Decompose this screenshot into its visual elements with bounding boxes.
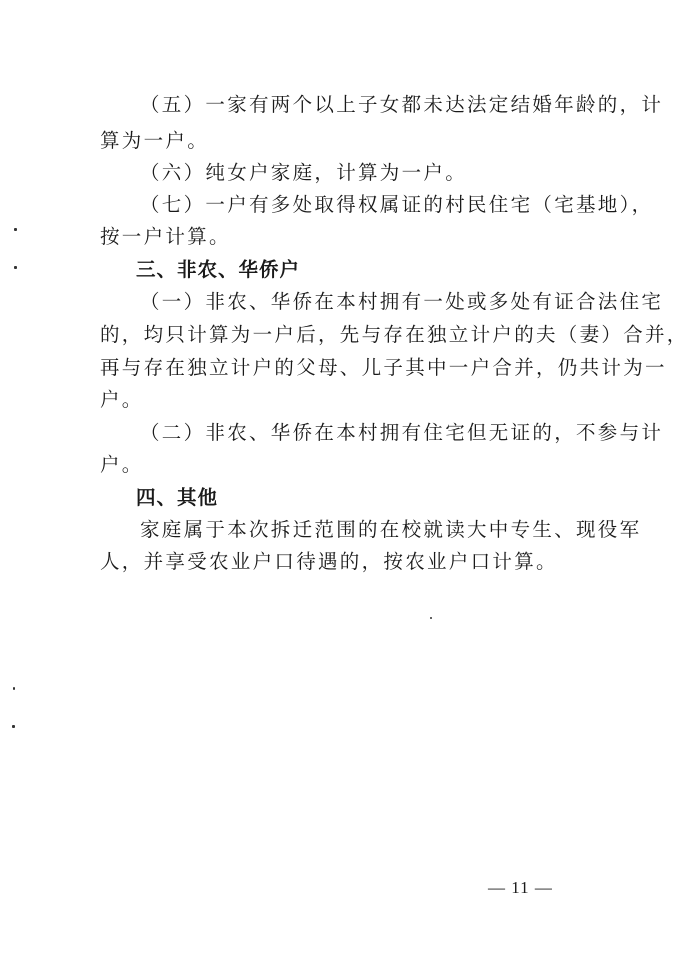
section-heading-4: 四、其他 [136, 486, 616, 510]
paragraph-line: （五）一家有两个以上子女都未达法定结婚年龄的，计 [140, 93, 620, 117]
paragraph-line: 按一户计算。 [100, 225, 580, 249]
paragraph-line: 家庭属于本次拆迁范围的在校就读大中专生、现役军 [140, 518, 620, 542]
scan-speck [14, 228, 17, 231]
page-number: — 11 — [488, 878, 553, 898]
paragraph-line: （七）一户有多处取得权属证的村民住宅（宅基地）， [140, 193, 620, 217]
paragraph-line: （六）纯女户家庭，计算为一户。 [140, 161, 620, 185]
scan-speck [13, 687, 15, 690]
scan-speck [430, 617, 432, 619]
paragraph-line: 算为一户。 [100, 129, 580, 153]
scan-speck [12, 725, 15, 728]
paragraph-line: 再与存在独立计户的父母、儿子其中一户合并，仍共计为一 [100, 356, 580, 380]
paragraph-line: 的，均只计算为一户后，先与存在独立计户的夫（妻）合并， [100, 323, 580, 347]
paragraph-line: 人，并享受农业户口待遇的，按农业户口计算。 [100, 550, 580, 574]
document-page: （五）一家有两个以上子女都未达法定结婚年龄的，计 算为一户。 （六）纯女户家庭，… [0, 0, 680, 962]
paragraph-line: 户。 [100, 388, 580, 412]
paragraph-line: （二）非农、华侨在本村拥有住宅但无证的，不参与计 [140, 421, 620, 445]
paragraph-line: 户。 [100, 453, 580, 477]
scan-speck [14, 266, 17, 269]
paragraph-line: （一）非农、华侨在本村拥有一处或多处有证合法住宅 [140, 290, 620, 314]
section-heading-3: 三、非农、华侨户 [136, 258, 616, 282]
